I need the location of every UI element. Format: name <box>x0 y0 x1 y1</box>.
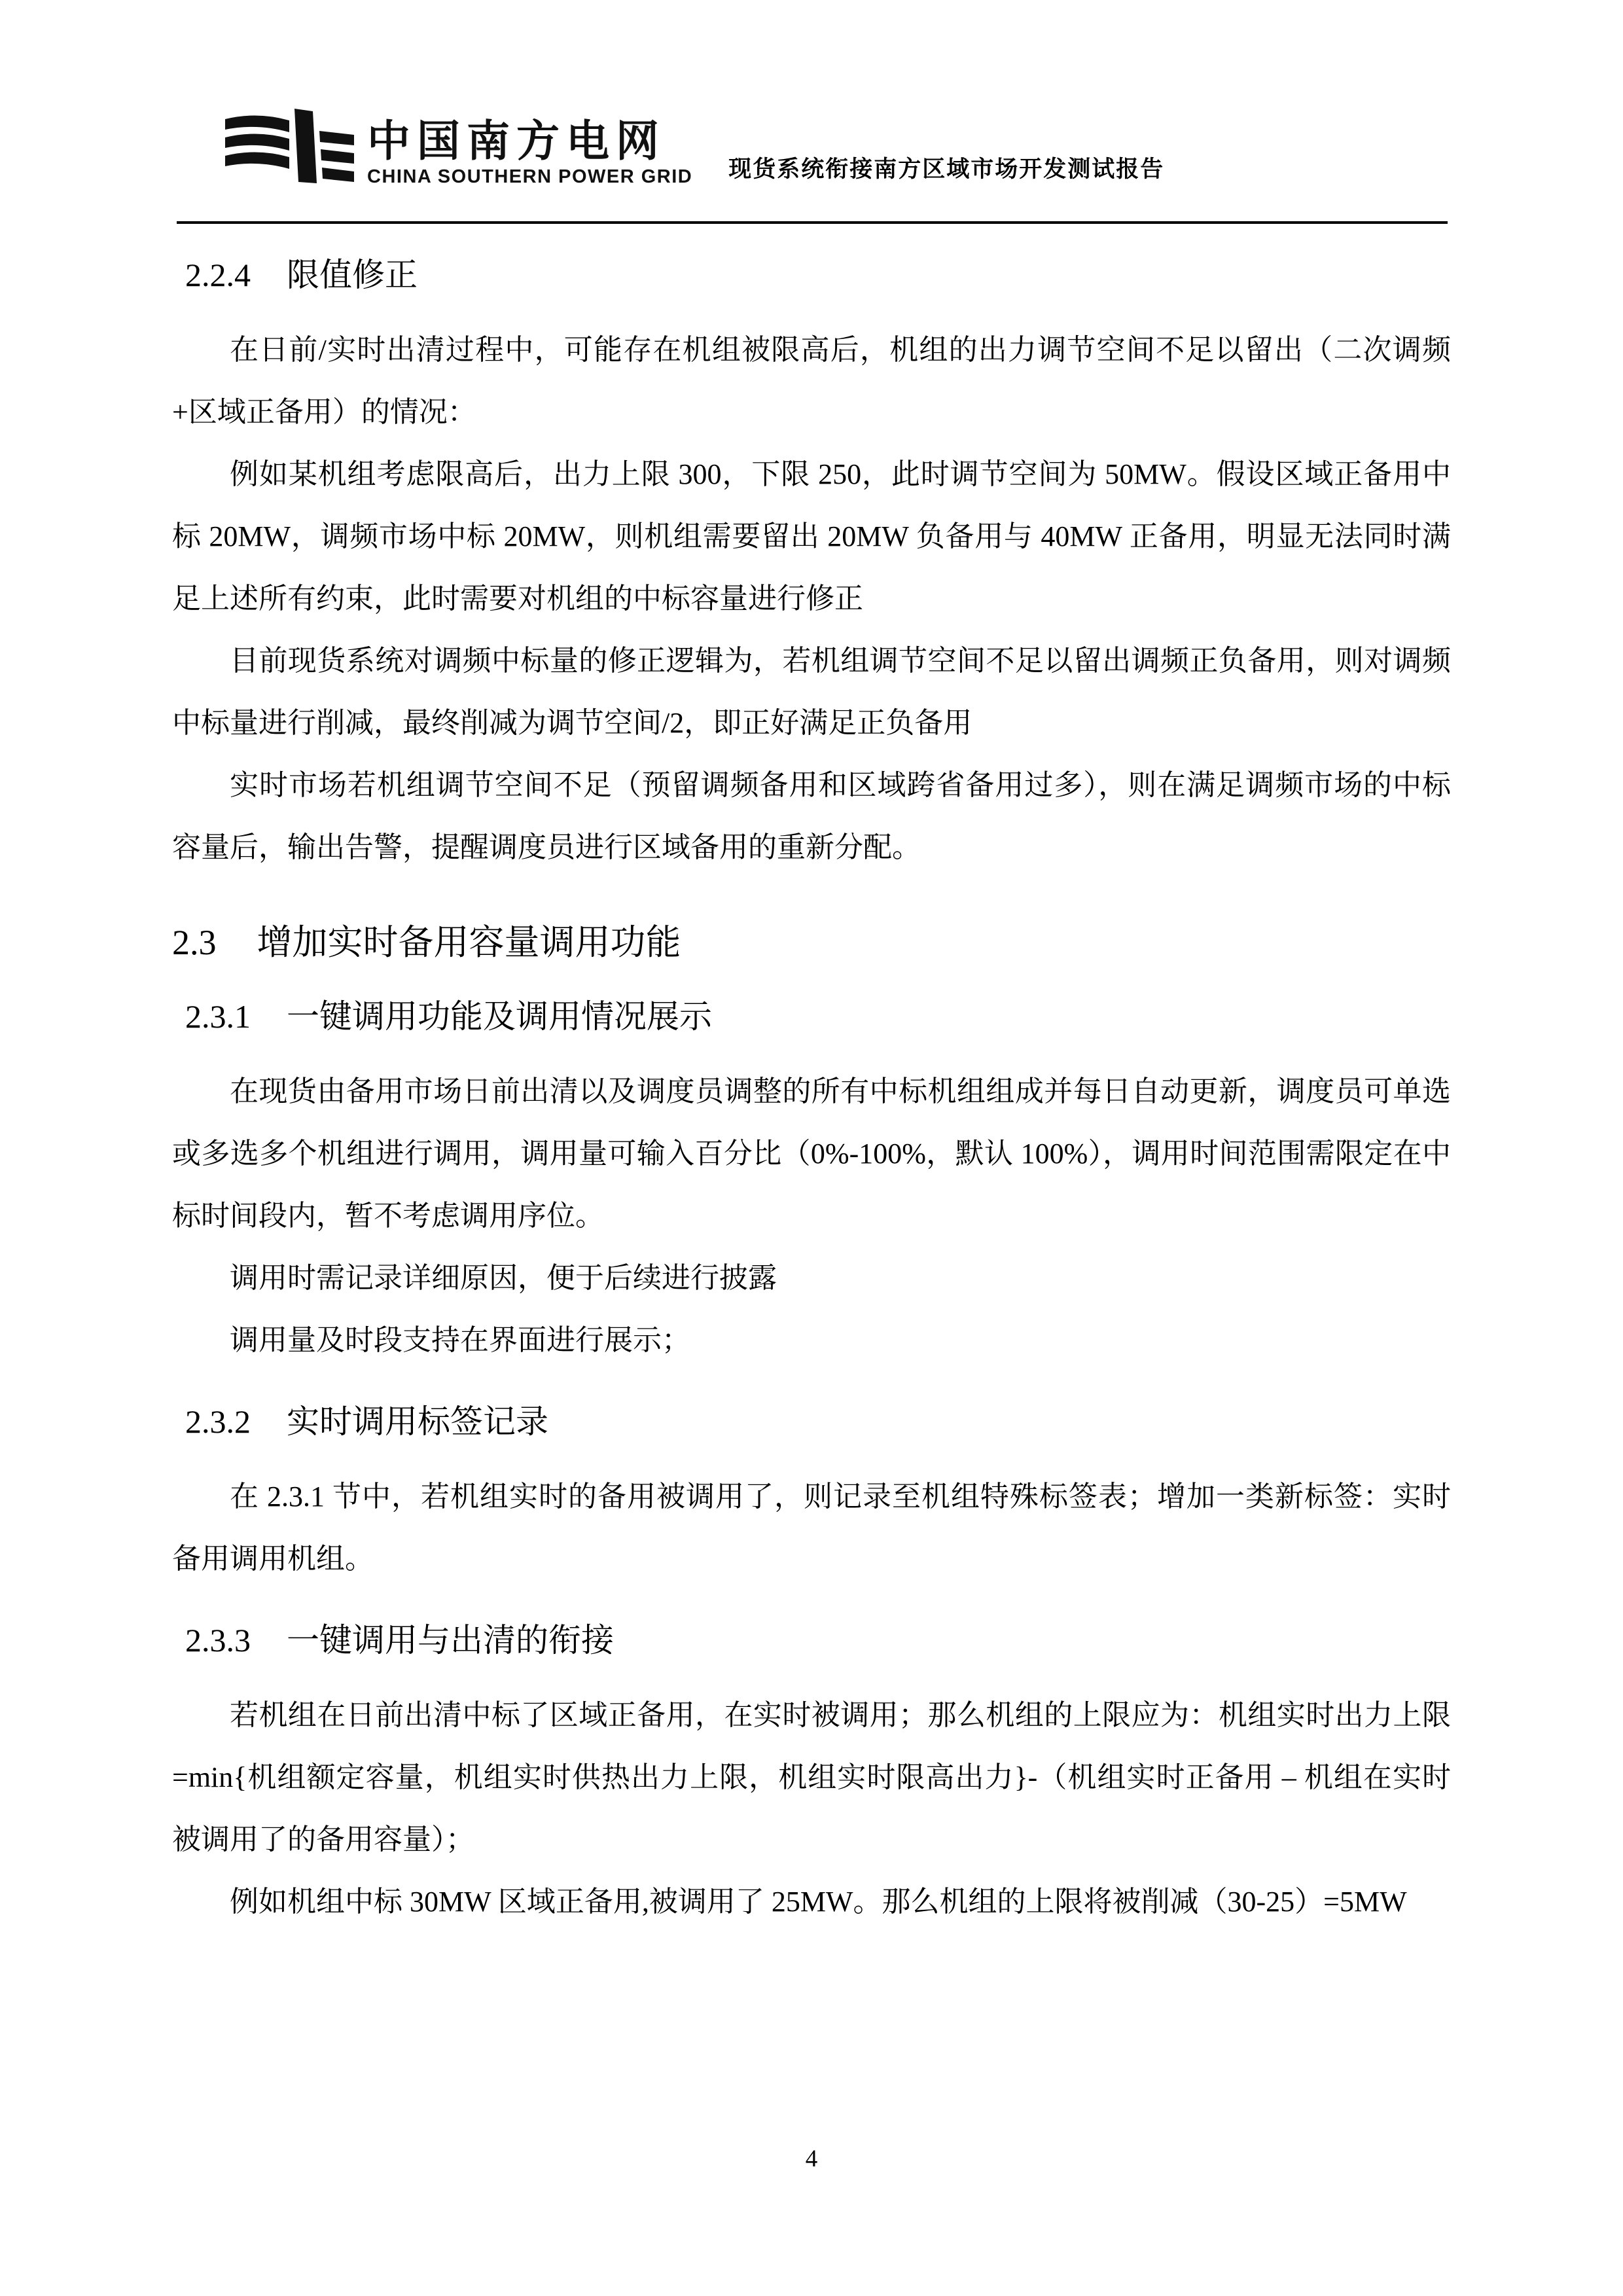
document-page: 中国南方电网 CHINA SOUTHERN POWER GRID 现货系统衔接南… <box>0 0 1623 2296</box>
header-rule <box>177 221 1448 224</box>
para-dispatch-display: 调用量及时段支持在界面进行展示； <box>172 1309 1451 1371</box>
para-limit-intro: 在日前/实时出清过程中，可能存在机组被限高后，机组的出力调节空间不足以留出（二次… <box>172 319 1451 443</box>
para-limit-logic: 目前现货系统对调频中标量的修正逻辑为，若机组调节空间不足以留出调频正负备用，则对… <box>172 630 1451 754</box>
heading-2-3-3: 2.3.3 一键调用与出清的衔接 <box>185 1619 1451 1661</box>
heading-2-3: 2.3 增加实时备用容量调用功能 <box>172 919 1451 966</box>
heading-title: 一键调用与出清的衔接 <box>287 1619 614 1661</box>
csg-logo: 中国南方电网 CHINA SOUTHERN POWER GRID <box>221 105 692 187</box>
heading-title: 实时调用标签记录 <box>287 1401 548 1443</box>
heading-2-3-2: 2.3.2 实时调用标签记录 <box>185 1401 1451 1443</box>
header-doc-title: 现货系统衔接南方区域市场开发测试报告 <box>728 151 1164 187</box>
heading-number: 2.2.4 <box>185 254 251 296</box>
heading-2-3-1: 2.3.1 一键调用功能及调用情况展示 <box>185 996 1451 1037</box>
para-label-record: 在 2.3.1 节中，若机组实时的备用被调用了，则记录至机组特殊标签表；增加一类… <box>172 1465 1451 1590</box>
heading-number: 2.3.3 <box>185 1619 251 1661</box>
page-footer: 4 <box>0 2145 1623 2173</box>
para-clearing-example: 例如机组中标 30MW 区域正备用,被调用了 25MW。那么机组的上限将被削减（… <box>172 1871 1451 1933</box>
document-body: 2.2.4 限值修正 在日前/实时出清过程中，可能存在机组被限高后，机组的出力调… <box>172 236 1451 1933</box>
heading-2-2-4: 2.2.4 限值修正 <box>185 254 1451 296</box>
heading-number: 2.3 <box>172 919 217 966</box>
heading-number: 2.3.1 <box>185 996 251 1037</box>
csg-logo-name-en: CHINA SOUTHERN POWER GRID <box>367 168 692 187</box>
csg-logo-name-cn: 中国南方电网 <box>367 119 692 162</box>
para-limit-realtime: 实时市场若机组调节空间不足（预留调频备用和区域跨省备用过多），则在满足调频市场的… <box>172 754 1451 878</box>
para-dispatch-main: 在现货由备用市场日前出清以及调度员调整的所有中标机组组成并每日自动更新，调度员可… <box>172 1060 1451 1247</box>
para-clearing-link: 若机组在日前出清中标了区域正备用，在实时被调用；那么机组的上限应为：机组实时出力… <box>172 1684 1451 1871</box>
csg-logo-icon <box>221 105 355 187</box>
heading-title: 限值修正 <box>287 254 418 296</box>
heading-title: 增加实时备用容量调用功能 <box>257 919 681 966</box>
csg-logo-text: 中国南方电网 CHINA SOUTHERN POWER GRID <box>367 119 692 187</box>
para-limit-example: 例如某机组考虑限高后，出力上限 300，下限 250，此时调节空间为 50MW。… <box>172 443 1451 630</box>
page-header: 中国南方电网 CHINA SOUTHERN POWER GRID 现货系统衔接南… <box>221 105 1450 187</box>
heading-number: 2.3.2 <box>185 1401 251 1443</box>
para-dispatch-reason: 调用时需记录详细原因，便于后续进行披露 <box>172 1247 1451 1309</box>
heading-title: 一键调用功能及调用情况展示 <box>287 996 712 1037</box>
page-number: 4 <box>806 2145 818 2172</box>
